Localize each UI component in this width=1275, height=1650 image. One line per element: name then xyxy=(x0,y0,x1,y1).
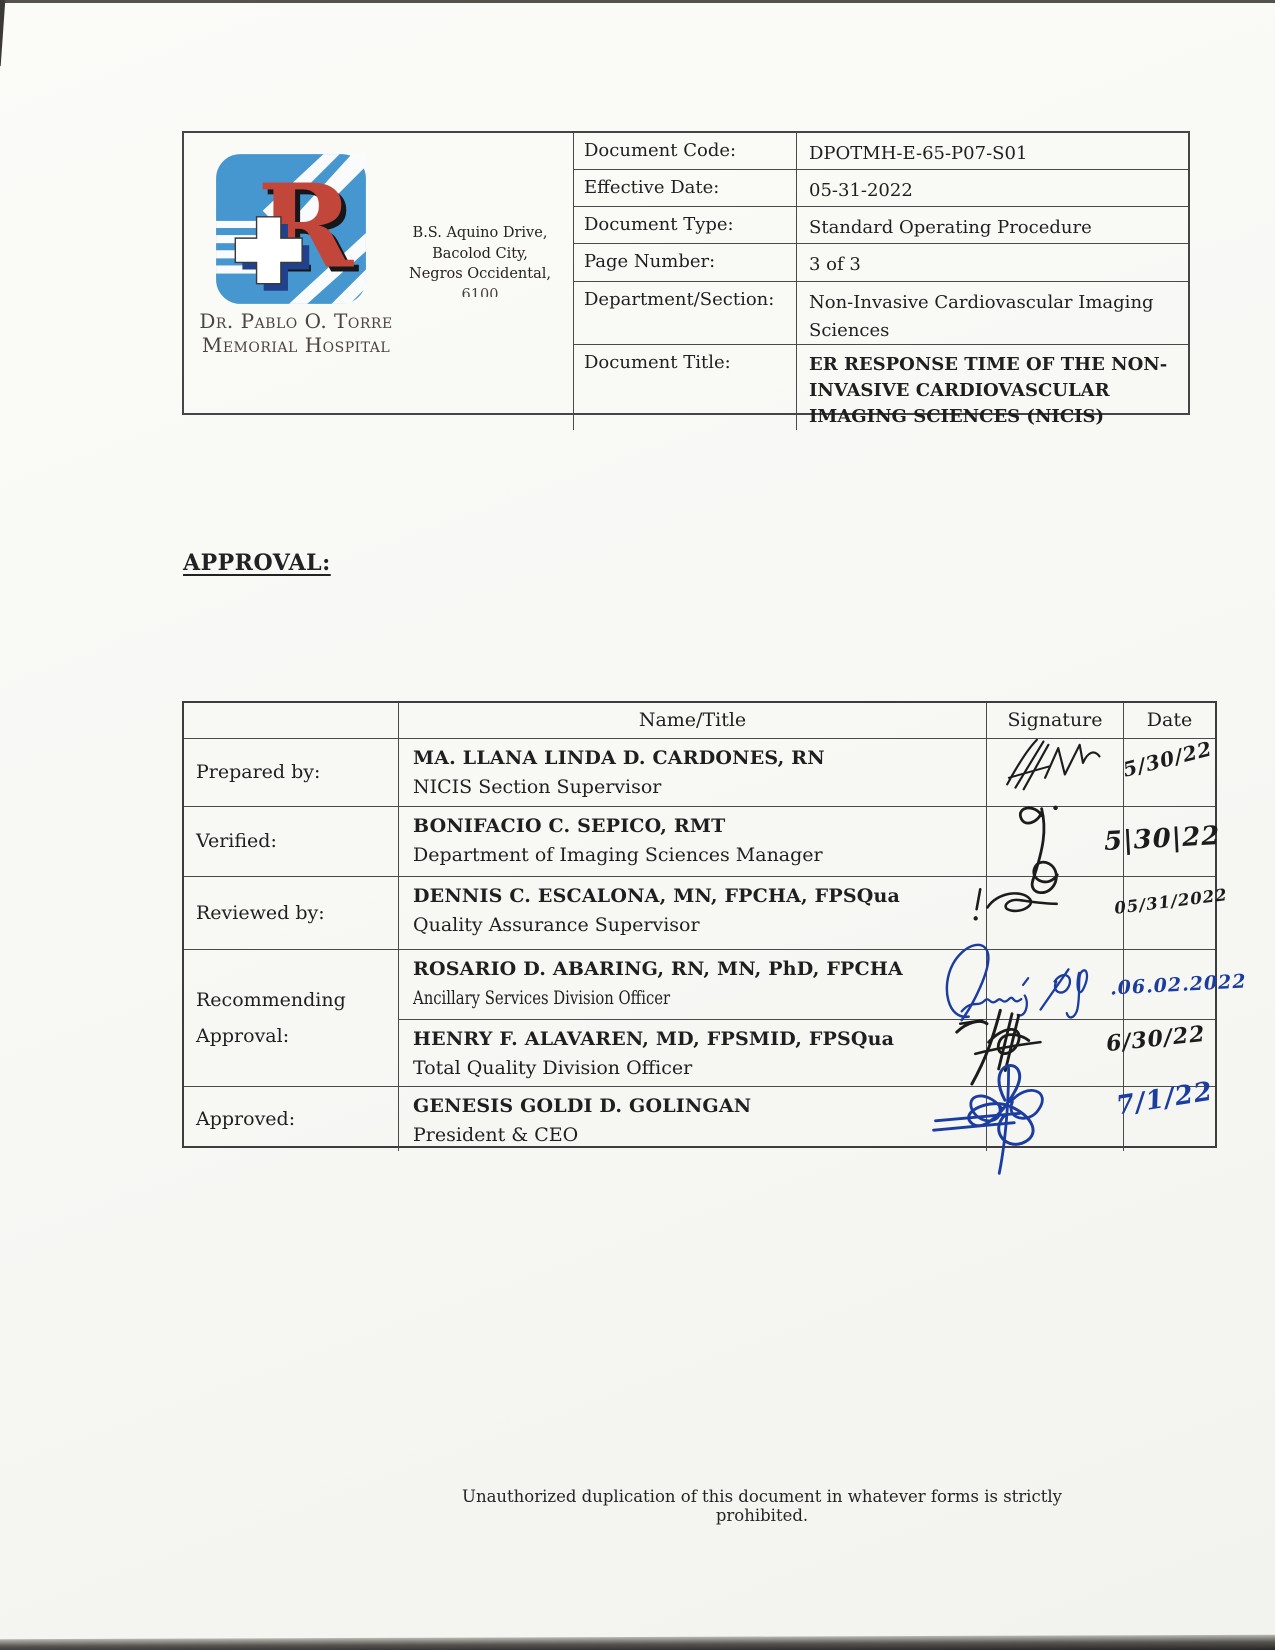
header-cell-empty xyxy=(184,703,399,739)
field-value-department-section: Non-Invasive Cardiovascular Imaging Scie… xyxy=(797,282,1188,345)
approver-name: HENRY F. ALAVAREN, MD, FPSMID, FPSQua xyxy=(413,1024,986,1054)
hospital-name-line1: Dr. Pablo O. Torre xyxy=(184,310,408,334)
name-title-cell: BONIFACIO C. SEPICO, RMT Department of I… xyxy=(399,807,987,877)
address-line: Negros Occidental, xyxy=(409,266,551,282)
signature-reviewed-by xyxy=(965,882,1070,932)
approver-name: GENESIS GOLDI D. GOLINGAN xyxy=(413,1091,986,1121)
signature-approved xyxy=(928,1038,1078,1183)
approver-name: ROSARIO D. ABARING, RN, MN, PhD, FPCHA xyxy=(413,954,986,984)
hospital-logo-cell: R R B.S. Aquino Drive, Bacolod City, Neg… xyxy=(184,133,574,430)
approver-title: Ancillary Services Division Officer xyxy=(413,984,860,1013)
name-title-cell: GENESIS GOLDI D. GOLINGAN President & CE… xyxy=(399,1087,987,1151)
role-cell-prepared-by: Prepared by: xyxy=(184,739,399,807)
scanned-document-page: R R B.S. Aquino Drive, Bacolod City, Neg… xyxy=(0,0,1275,1650)
signature-prepared-by xyxy=(995,730,1110,800)
approver-name: MA. LLANA LINDA D. CARDONES, RN xyxy=(413,743,986,773)
field-value-document-title: ER RESPONSE TIME OF THE NON-INVASIVE CAR… xyxy=(797,345,1188,430)
hospital-address: B.S. Aquino Drive, Bacolod City, Negros … xyxy=(394,223,566,297)
scan-edge-corner xyxy=(0,0,5,66)
field-value-effective-date: 05-31-2022 xyxy=(797,170,1188,207)
field-label-document-title: Document Title: xyxy=(574,345,797,430)
approver-title: President & CEO xyxy=(413,1121,986,1150)
field-label-effective-date: Effective Date: xyxy=(574,170,797,207)
date-verified: 5|30|22 xyxy=(1103,821,1221,857)
address-line: B.S. Aquino Drive, xyxy=(413,225,548,241)
address-line: Bacolod City, xyxy=(432,246,528,262)
header-cell-date: Date xyxy=(1124,703,1215,739)
field-label-page-number: Page Number: xyxy=(574,244,797,282)
hospital-logo-icon: R R xyxy=(210,148,372,310)
field-value-document-type: Standard Operating Procedure xyxy=(797,207,1188,244)
address-line-clipped: 6100 xyxy=(394,285,566,297)
role-cell-reviewed-by: Reviewed by: xyxy=(184,877,399,950)
approver-title: Department of Imaging Sciences Manager xyxy=(413,841,986,870)
header-cell-name-title: Name/Title xyxy=(399,703,987,739)
field-label-department-section: Department/Section: xyxy=(574,282,797,345)
approver-title: NICIS Section Supervisor xyxy=(413,773,986,802)
field-label-document-code: Document Code: xyxy=(574,133,797,170)
scan-edge-top xyxy=(0,0,1275,3)
approval-heading: APPROVAL: xyxy=(183,550,331,576)
name-title-cell: MA. LLANA LINDA D. CARDONES, RN NICIS Se… xyxy=(399,739,987,807)
name-title-cell: HENRY F. ALAVAREN, MD, FPSMID, FPSQua To… xyxy=(399,1020,987,1087)
role-cell-recommending-approval: Recommending Approval: xyxy=(184,950,399,1087)
approver-title: Total Quality Division Officer xyxy=(413,1054,986,1083)
approver-name: DENNIS C. ESCALONA, MN, FPCHA, FPSQua xyxy=(413,881,986,911)
field-value-document-code: DPOTMH-E-65-P07-S01 xyxy=(797,133,1188,170)
field-value-page-number: 3 of 3 xyxy=(797,244,1188,282)
document-header-table: R R B.S. Aquino Drive, Bacolod City, Neg… xyxy=(182,131,1190,415)
scan-edge-bottom xyxy=(0,1635,1275,1650)
name-title-cell: ROSARIO D. ABARING, RN, MN, PhD, FPCHA A… xyxy=(399,950,987,1020)
hospital-name-line2: Memorial Hospital xyxy=(184,334,408,358)
role-cell-verified: Verified: xyxy=(184,807,399,877)
role-cell-approved: Approved: xyxy=(184,1087,399,1151)
name-title-cell: DENNIS C. ESCALONA, MN, FPCHA, FPSQua Qu… xyxy=(399,877,987,950)
footer-notice: Unauthorized duplication of this documen… xyxy=(417,1487,1107,1525)
field-label-document-type: Document Type: xyxy=(574,207,797,244)
hospital-name: Dr. Pablo O. Torre Memorial Hospital xyxy=(184,310,408,357)
approver-title: Quality Assurance Supervisor xyxy=(413,911,986,940)
approver-name: BONIFACIO C. SEPICO, RMT xyxy=(413,811,986,841)
